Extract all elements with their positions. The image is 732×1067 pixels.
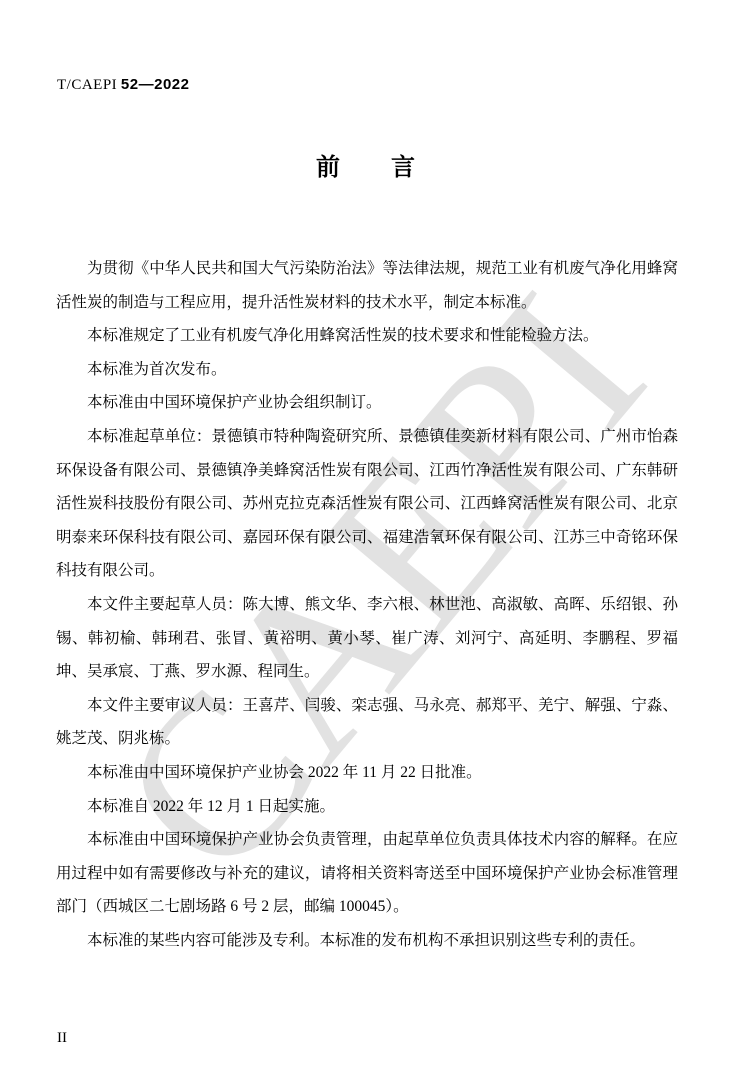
foreword-title: 前 言 xyxy=(0,147,732,182)
foreword-paragraph: 本标准规定了工业有机废气净化用蜂窝活性炭的技术要求和性能检验方法。 xyxy=(56,319,678,353)
standard-code-prefix: T/CAEPI xyxy=(57,77,117,93)
page-number: II xyxy=(57,1030,67,1047)
foreword-paragraph: 本标准起草单位：景德镇市特种陶瓷研究所、景德镇佳奕新材料有限公司、广州市怡森环保… xyxy=(56,420,678,588)
foreword-paragraph: 本文件主要起草人员：陈大博、熊文华、李六根、林世池、高淑敏、高晖、乐绍银、孙锡、… xyxy=(56,588,678,689)
document-page: CAEPI T/CAEPI 52—2022 前 言 为贯彻《中华人民共和国大气污… xyxy=(0,0,732,1067)
foreword-paragraph: 本标准自 2022 年 12 月 1 日起实施。 xyxy=(56,790,678,824)
foreword-body: 为贯彻《中华人民共和国大气污染防治法》等法律法规，规范工业有机废气净化用蜂窝活性… xyxy=(56,252,678,957)
foreword-paragraph: 为贯彻《中华人民共和国大气污染防治法》等法律法规，规范工业有机废气净化用蜂窝活性… xyxy=(56,252,678,319)
foreword-paragraph: 本标准由中国环境保护产业协会 2022 年 11 月 22 日批准。 xyxy=(56,756,678,790)
foreword-paragraph: 本标准由中国环境保护产业协会组织制订。 xyxy=(56,386,678,420)
foreword-paragraph: 本标准的某些内容可能涉及专利。本标准的发布机构不承担识别这些专利的责任。 xyxy=(56,924,678,958)
foreword-paragraph: 本文件主要审议人员：王喜芹、闫骏、栾志强、马永亮、郝郑平、羌宁、解强、宁淼、姚芝… xyxy=(56,689,678,756)
standard-code-number: 52—2022 xyxy=(121,76,190,93)
standard-code-header: T/CAEPI 52—2022 xyxy=(57,76,189,94)
foreword-paragraph: 本标准为首次发布。 xyxy=(56,353,678,387)
foreword-paragraph: 本标准由中国环境保护产业协会负责管理，由起草单位负责具体技术内容的解释。在应用过… xyxy=(56,823,678,924)
